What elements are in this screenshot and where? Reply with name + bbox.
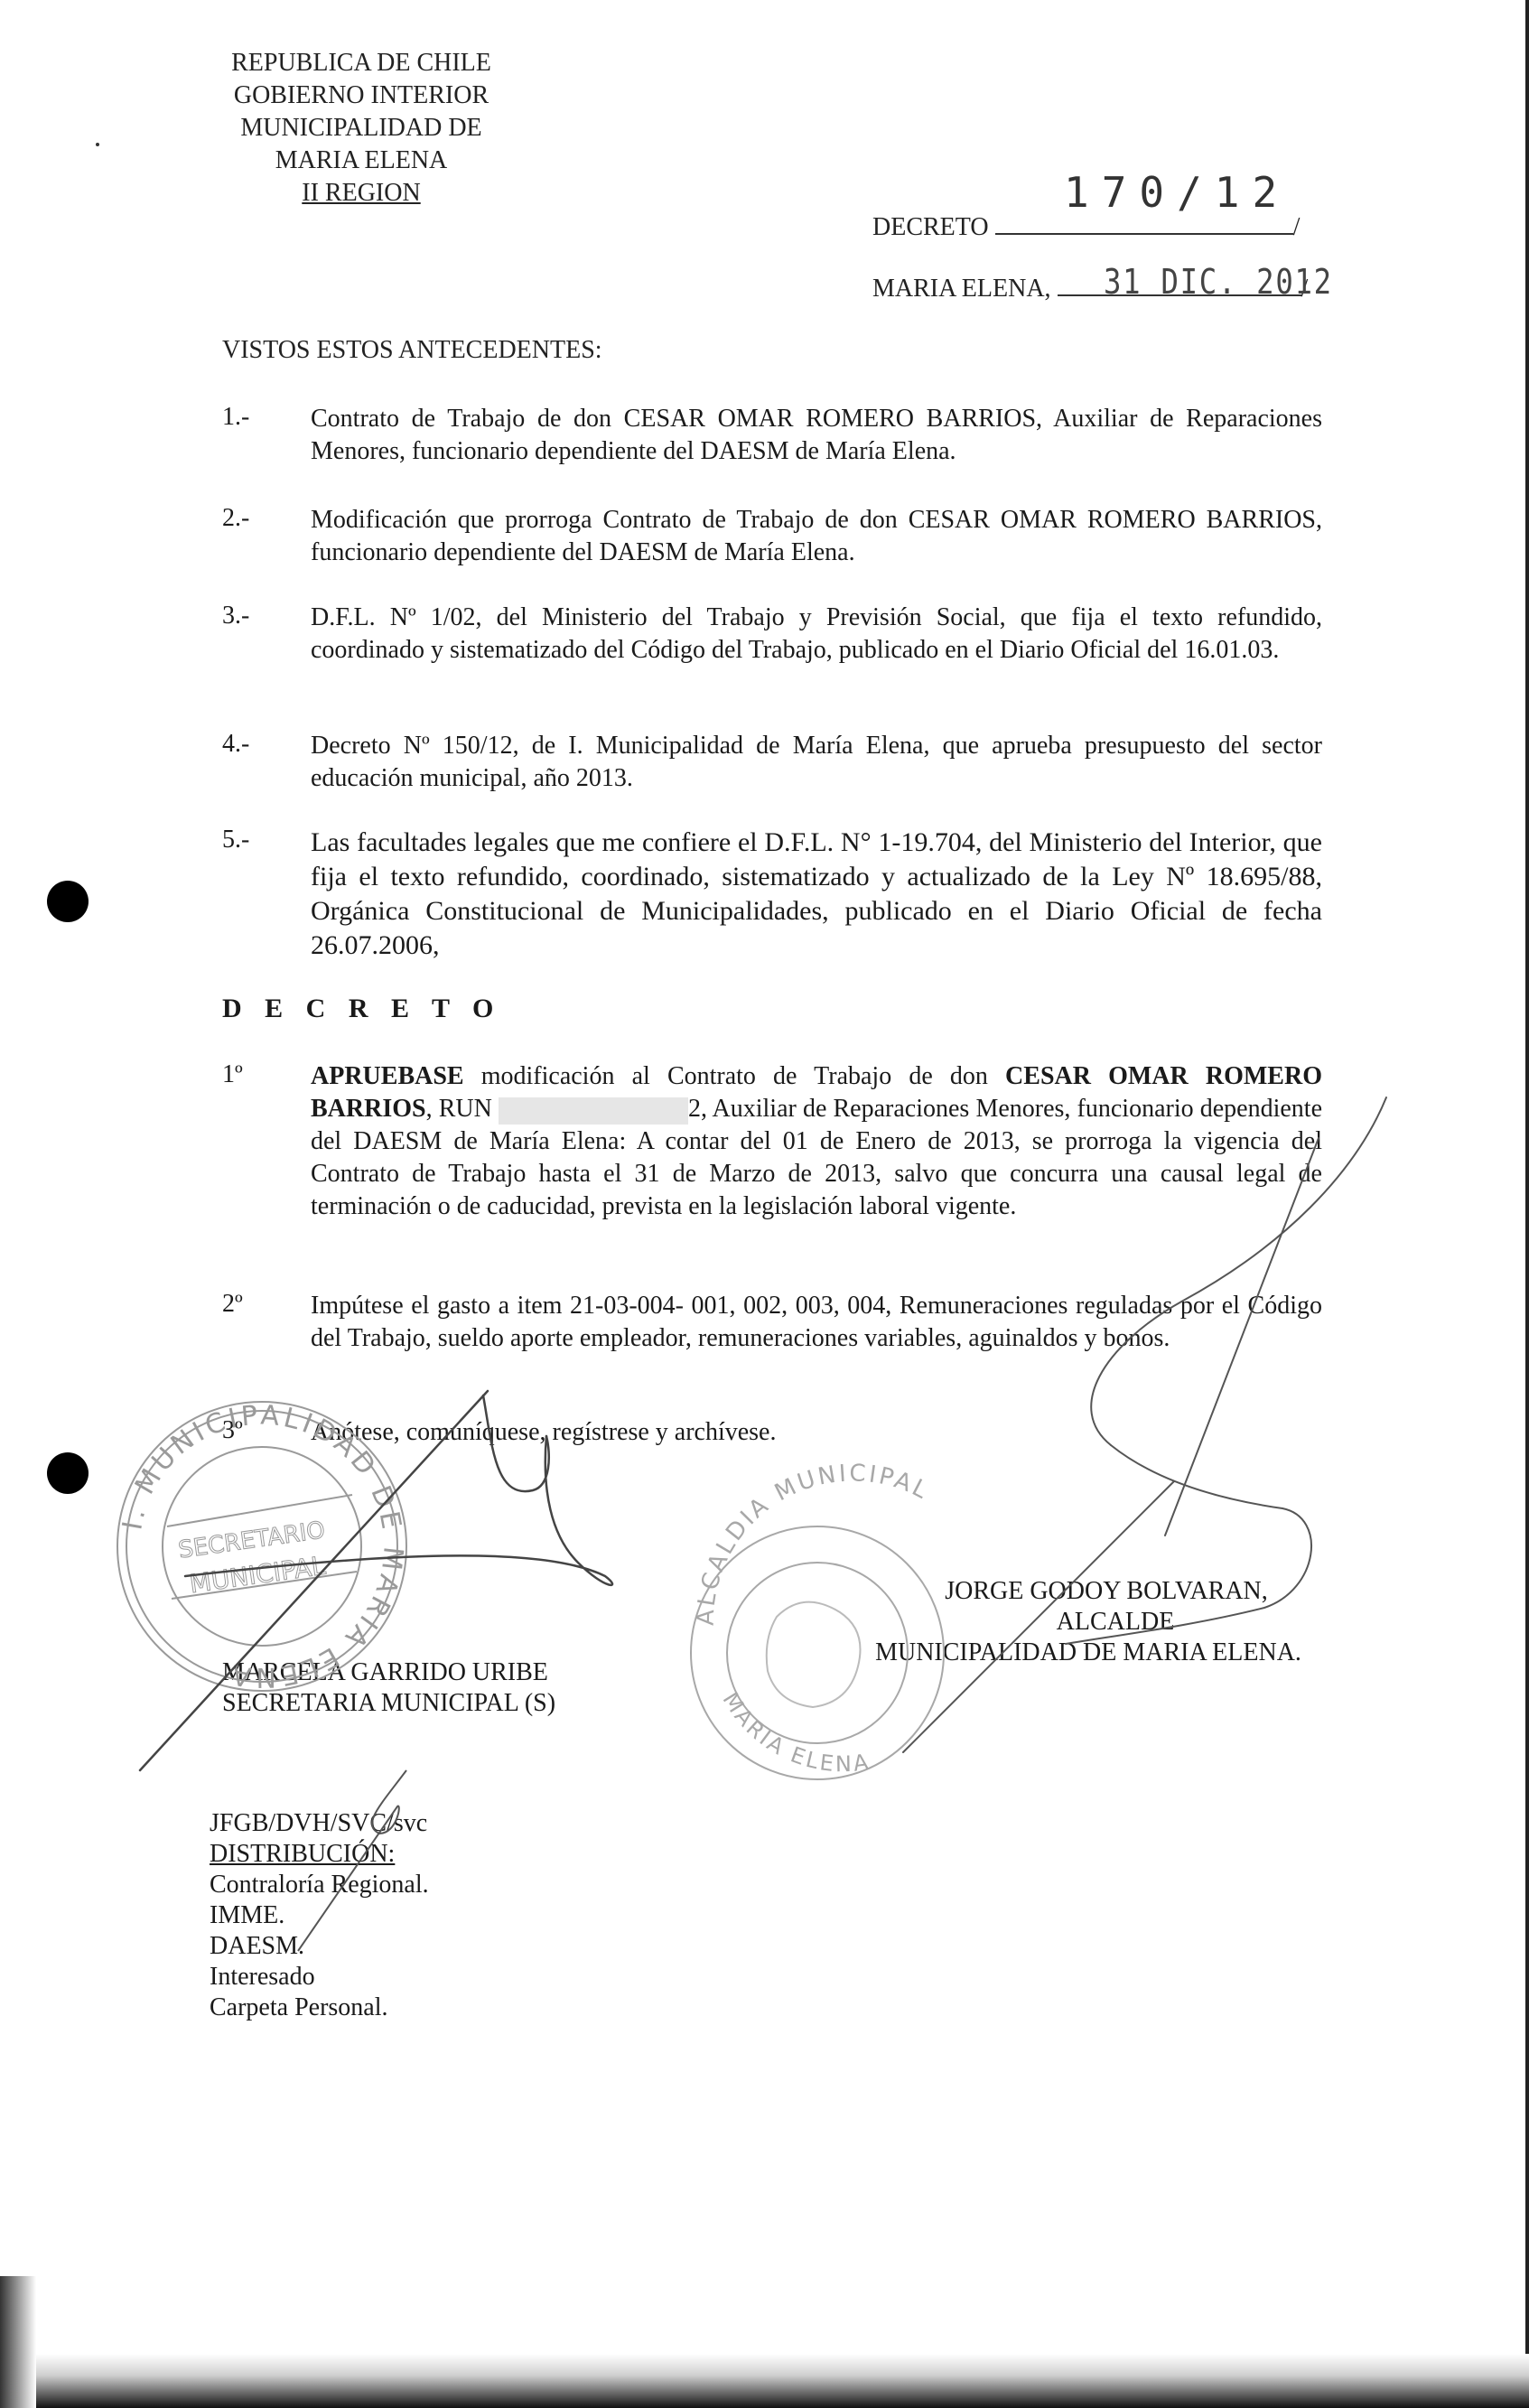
svg-text:MUNICIPAL: MUNICIPAL bbox=[188, 1551, 328, 1600]
mayor-name: JORGE GODOY BOLVARAN, bbox=[849, 1576, 1328, 1607]
item-text: Decreto Nº 150/12, de I. Municipalidad d… bbox=[311, 730, 1322, 795]
punch-hole-icon bbox=[47, 1452, 89, 1494]
scan-edge-right bbox=[1525, 0, 1529, 2408]
item-number: 3.- bbox=[222, 602, 249, 630]
letterhead-line: MUNICIPALIDAD DE bbox=[208, 112, 515, 145]
distribution-item: DAESM. bbox=[210, 1931, 429, 1962]
item-text: APRUEBASE modificación al Contrato de Tr… bbox=[311, 1060, 1322, 1223]
letterhead-line: REPUBLICA DE CHILE bbox=[208, 47, 515, 79]
secretary-name: MARCELA GARRIDO URIBE bbox=[222, 1657, 555, 1688]
item-number: 4.- bbox=[222, 730, 249, 759]
letterhead: REPUBLICA DE CHILE GOBIERNO INTERIOR MUN… bbox=[208, 47, 515, 210]
scan-edge-left bbox=[0, 2276, 36, 2408]
municipality-name: MUNICIPALIDAD DE MARIA ELENA. bbox=[849, 1638, 1328, 1668]
svg-text:MARIA ELENA: MARIA ELENA bbox=[717, 1688, 872, 1778]
item-number: 3º bbox=[222, 1416, 243, 1445]
item-number: 2.- bbox=[222, 504, 249, 533]
punch-hole-icon bbox=[47, 881, 89, 922]
secretary-title: SECRETARIA MUNICIPAL (S) bbox=[222, 1688, 555, 1719]
distribution-block: JFGB/DVH/SVC/svc DISTRIBUCIÓN: Contralor… bbox=[210, 1808, 429, 2023]
decree-date-stamp: 31 DIC. 2012 bbox=[1104, 262, 1333, 302]
decree-label: DECRETO bbox=[872, 213, 989, 241]
distribution-item: Contraloría Regional. bbox=[210, 1870, 429, 1900]
letterhead-line: MARIA ELENA bbox=[208, 145, 515, 177]
item-number: 5.- bbox=[222, 826, 249, 854]
item-number: 1.- bbox=[222, 403, 249, 432]
scan-edge-bottom bbox=[0, 2354, 1529, 2408]
vistos-title: VISTOS ESTOS ANTECEDENTES: bbox=[222, 336, 602, 365]
distribution-item: Interesado bbox=[210, 1962, 429, 1993]
svg-text:SECRETARIO: SECRETARIO bbox=[177, 1517, 327, 1563]
secretary-signature-block: MARCELA GARRIDO URIBE SECRETARIA MUNICIP… bbox=[222, 1657, 555, 1719]
place-label: MARIA ELENA, bbox=[872, 275, 1051, 303]
scanned-document-page: REPUBLICA DE CHILE GOBIERNO INTERIOR MUN… bbox=[0, 0, 1529, 2408]
decreto-title: D E C R E T O bbox=[222, 994, 501, 1024]
item-number: 2º bbox=[222, 1290, 243, 1319]
letterhead-line: GOBIERNO INTERIOR bbox=[208, 79, 515, 112]
scan-speck bbox=[96, 143, 99, 146]
item-text: Anótese, comuníquese, regístrese y archí… bbox=[311, 1416, 1322, 1449]
reference-initials: JFGB/DVH/SVC/svc bbox=[210, 1808, 429, 1839]
item-text: D.F.L. Nº 1/02, del Ministerio del Traba… bbox=[311, 602, 1322, 667]
distribution-item: IMME. bbox=[210, 1900, 429, 1931]
item-number: 1º bbox=[222, 1060, 243, 1089]
redacted-run bbox=[499, 1097, 688, 1125]
letterhead-region: II REGION bbox=[208, 177, 515, 210]
item-text: Contrato de Trabajo de don CESAR OMAR RO… bbox=[311, 403, 1322, 468]
item-text: Impútese el gasto a item 21-03-004- 001,… bbox=[311, 1290, 1322, 1355]
distribution-title: DISTRIBUCIÓN: bbox=[210, 1839, 429, 1870]
mayor-signature-block: JORGE GODOY BOLVARAN, ALCALDE MUNICIPALI… bbox=[849, 1576, 1328, 1668]
item-text: Las facultades legales que me confiere e… bbox=[311, 826, 1322, 963]
approve-keyword: APRUEBASE bbox=[311, 1062, 464, 1090]
item-text: Modificación que prorroga Contrato de Tr… bbox=[311, 504, 1322, 569]
mayor-title: ALCALDE bbox=[849, 1607, 1328, 1638]
distribution-item: Carpeta Personal. bbox=[210, 1993, 429, 2023]
decree-number-stamp: 170/12 bbox=[1064, 168, 1290, 217]
